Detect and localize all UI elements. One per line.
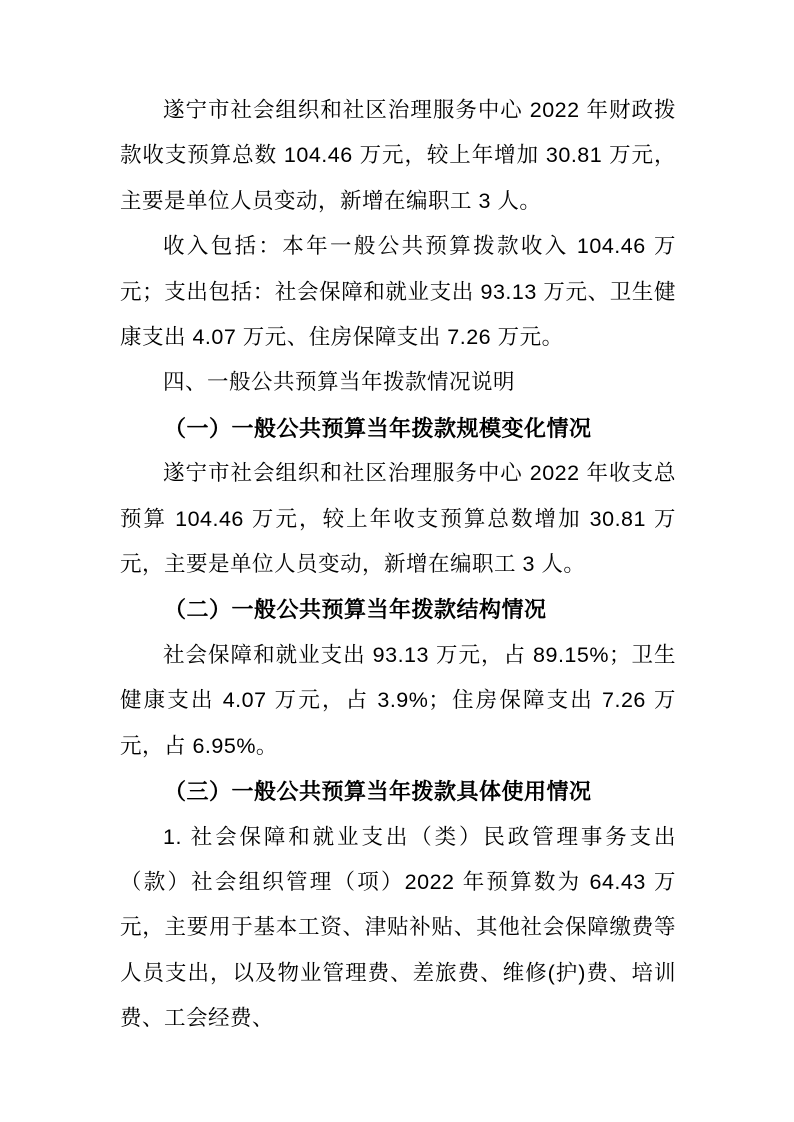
heading-section-four: 四、一般公共预算当年拨款情况说明 <box>120 360 676 405</box>
paragraph-income-expense-breakdown: 收入包括：本年一般公共预算拨款收入 104.46 万元；支出包括：社会保障和就业… <box>120 224 676 360</box>
heading-subsection-three: （三）一般公共预算当年拨款具体使用情况 <box>120 769 676 814</box>
paragraph-fiscal-budget-total: 遂宁市社会组织和社区治理服务中心 2022 年财政拨款收支预算总数 104.46… <box>120 88 676 224</box>
paragraph-usage-detail-item1: 1. 社会保障和就业支出（类）民政管理事务支出（款）社会组织管理（项）2022 … <box>120 815 676 1042</box>
document-page: 遂宁市社会组织和社区治理服务中心 2022 年财政拨款收支预算总数 104.46… <box>0 0 794 1122</box>
heading-subsection-one: （一）一般公共预算当年拨款规模变化情况 <box>120 406 676 451</box>
paragraph-structure-percentages: 社会保障和就业支出 93.13 万元，占 89.15%；卫生健康支出 4.07 … <box>120 633 676 769</box>
document-content: 遂宁市社会组织和社区治理服务中心 2022 年财政拨款收支预算总数 104.46… <box>120 88 676 1042</box>
heading-subsection-two: （二）一般公共预算当年拨款结构情况 <box>120 587 676 632</box>
paragraph-scale-change: 遂宁市社会组织和社区治理服务中心 2022 年收支总预算 104.46 万元，较… <box>120 451 676 587</box>
